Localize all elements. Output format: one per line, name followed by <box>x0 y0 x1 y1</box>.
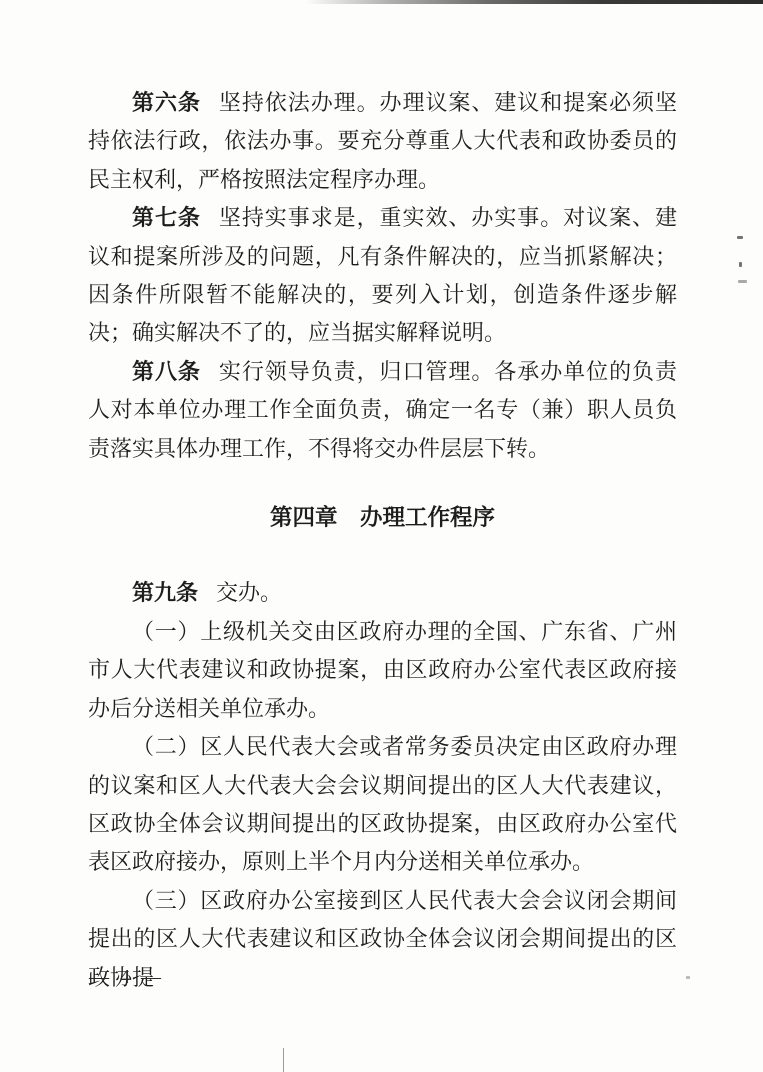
clause-1-paragraph: （一）上级机关交由区政府办理的全国、广东省、广州市人大代表建议和政协提案，由区政… <box>88 613 677 728</box>
article-6-label: 第六条 <box>132 90 201 115</box>
scan-artifact-vertical-line <box>283 1048 284 1072</box>
scan-artifact-speck <box>738 280 747 283</box>
chapter-4-heading: 第四章 办理工作程序 <box>88 499 677 537</box>
scan-artifact-top-smudge <box>305 0 763 4</box>
article-9-label: 第九条 <box>132 580 198 605</box>
page-number: — 4 — <box>89 966 164 989</box>
document-body: 第六条坚持依法办理。办理议案、建议和提案必须坚持依法行政，依法办事。要充分尊重人… <box>88 84 677 997</box>
article-8-paragraph: 第八条实行领导负责，归口管理。各承办单位的负责人对本单位办理工作全面负责，确定一… <box>88 353 677 468</box>
clause-3-paragraph: （三）区政府办公室接到区人民代表大会会议闭会期间提出的区人大代表建议和区政协全体… <box>88 882 677 997</box>
article-9-text: 交办。 <box>216 580 282 605</box>
article-8-label: 第八条 <box>132 359 201 384</box>
clause-2-paragraph: （二）区人民代表大会或者常务委员决定由区政府办理的议案和区人大代表大会会议期间提… <box>88 728 677 882</box>
scanned-document-page: 第六条坚持依法办理。办理议案、建议和提案必须坚持依法行政，依法办事。要充分尊重人… <box>0 0 763 1072</box>
article-6-paragraph: 第六条坚持依法办理。办理议案、建议和提案必须坚持依法行政，依法办事。要充分尊重人… <box>88 84 677 199</box>
scan-artifact-speck <box>739 262 742 267</box>
article-7-paragraph: 第七条坚持实事求是，重实效、办实事。对议案、建议和提案所涉及的问题，凡有条件解决… <box>88 199 677 353</box>
article-7-label: 第七条 <box>132 205 201 230</box>
article-9-paragraph: 第九条交办。 <box>88 574 677 612</box>
scan-artifact-speck <box>737 236 743 239</box>
scan-artifact-speck <box>686 976 690 979</box>
